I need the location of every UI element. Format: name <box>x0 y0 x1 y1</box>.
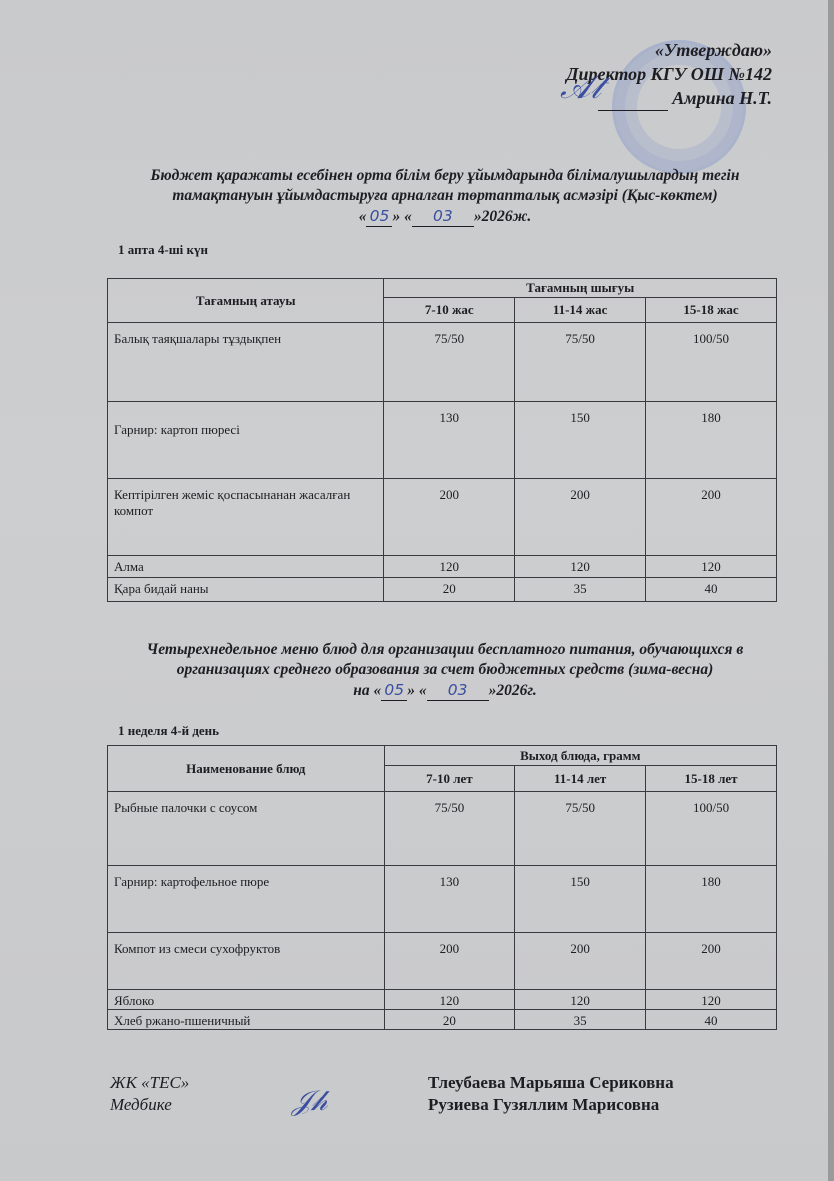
ru-name-header: Наименование блюд <box>108 746 385 792</box>
ru-date-close: »2026г. <box>489 682 537 699</box>
kz-age-header: 15-18 жас <box>646 298 777 323</box>
portion-value: 20 <box>384 578 515 602</box>
portion-value: 75/50 <box>515 323 646 402</box>
kz-age-header: 11-14 жас <box>515 298 646 323</box>
kz-date-month: 03 <box>412 206 474 227</box>
ru-title-line1: Четырехнедельное меню блюд для организац… <box>100 640 790 660</box>
portion-value: 200 <box>515 479 646 556</box>
portion-value: 130 <box>384 402 515 479</box>
portion-value: 180 <box>646 866 777 933</box>
director-signature-icon: 𝒜𝓉 <box>560 68 601 107</box>
ru-age-header: 7-10 лет <box>384 766 515 792</box>
kz-date-mid: » « <box>392 208 411 225</box>
table-row: Кептірілген жеміс қоспасынанан жасалған … <box>108 479 777 556</box>
dish-name: Қара бидай наны <box>108 578 384 602</box>
dish-name: Рыбные палочки с соусом <box>108 792 385 866</box>
portion-value: 35 <box>515 578 646 602</box>
kz-date-close: »2026ж. <box>474 208 531 225</box>
table-row: Гарнир: картоп пюресі130150180 <box>108 402 777 479</box>
role-label: ЖК «ТЕС» <box>110 1072 310 1094</box>
ru-age-header: 11-14 лет <box>515 766 646 792</box>
portion-value: 120 <box>515 556 646 578</box>
dish-name: Яблоко <box>108 990 385 1010</box>
kz-yield-header: Тағамның шығуы <box>384 279 777 298</box>
ru-subtitle: 1 неделя 4-й день <box>118 723 219 739</box>
portion-value: 120 <box>384 990 515 1010</box>
portion-value: 150 <box>515 866 646 933</box>
portion-value: 20 <box>384 1010 515 1030</box>
kz-date-open: « <box>359 208 367 225</box>
table-row: Гарнир: картофельное пюре130150180 <box>108 866 777 933</box>
portion-value: 200 <box>646 479 777 556</box>
ru-date-day: 05 <box>381 680 407 701</box>
dish-name: Хлеб ржано-пшеничный <box>108 1010 385 1030</box>
portion-value: 75/50 <box>384 792 515 866</box>
portion-value: 40 <box>646 578 777 602</box>
dish-name: Кептірілген жеміс қоспасынанан жасалған … <box>108 479 384 556</box>
dish-name: Гарнир: картоп пюресі <box>108 402 384 479</box>
dish-name: Гарнир: картофельное пюре <box>108 866 385 933</box>
table-row: Алма120120120 <box>108 556 777 578</box>
portion-value: 200 <box>384 479 515 556</box>
signature-blank <box>598 86 668 111</box>
ru-age-header: 15-18 лет <box>646 766 777 792</box>
portion-value: 120 <box>515 990 646 1010</box>
dish-name: Компот из смеси сухофруктов <box>108 933 385 990</box>
table-row: Балық таяқшалары тұздықпен75/5075/50100/… <box>108 323 777 402</box>
role-label: Медбике <box>110 1094 310 1116</box>
portion-value: 75/50 <box>384 323 515 402</box>
portion-value: 130 <box>384 866 515 933</box>
kz-date-day: 05 <box>366 206 392 227</box>
kz-menu-table: Тағамның атауы Тағамның шығуы 7-10 жас 1… <box>107 278 777 602</box>
signer-name: Тлеубаева Марьяша Сериковна <box>428 1072 828 1094</box>
table-row: Қара бидай наны203540 <box>108 578 777 602</box>
ru-date-month: 03 <box>427 680 489 701</box>
ru-date-mid: » « <box>407 682 426 699</box>
table-row: Хлеб ржано-пшеничный203540 <box>108 1010 777 1030</box>
portion-value: 200 <box>515 933 646 990</box>
approve-label: «Утверждаю» <box>566 38 772 62</box>
portion-value: 120 <box>646 556 777 578</box>
kz-title: Бюджет қаражаты есебінен орта білім беру… <box>100 166 790 227</box>
portion-value: 120 <box>646 990 777 1010</box>
kz-date: «05» «03»2026ж. <box>100 206 790 227</box>
ru-title-line2: организациях среднего образования за сче… <box>100 660 790 680</box>
medic-signature-icon: 𝒥𝒽 <box>292 1084 327 1118</box>
signer-name: Рузиева Гузяллим Марисовна <box>428 1094 828 1116</box>
ru-title: Четырехнедельное меню блюд для организац… <box>100 640 790 701</box>
portion-value: 120 <box>384 556 515 578</box>
kz-age-header: 7-10 жас <box>384 298 515 323</box>
table-row: Рыбные палочки с соусом75/5075/50100/50 <box>108 792 777 866</box>
ru-menu-table: Наименование блюд Выход блюда, грамм 7-1… <box>107 745 777 1030</box>
portion-value: 200 <box>646 933 777 990</box>
portion-value: 75/50 <box>515 792 646 866</box>
portion-value: 40 <box>646 1010 777 1030</box>
portion-value: 100/50 <box>646 323 777 402</box>
ru-date-open: на « <box>353 682 381 699</box>
portion-value: 150 <box>515 402 646 479</box>
kz-name-header: Тағамның атауы <box>108 279 384 323</box>
ru-date: на «05» «03»2026г. <box>100 680 790 701</box>
director-name: Амрина Н.Т. <box>672 88 772 108</box>
page-edge <box>828 0 834 1181</box>
table-row: Компот из смеси сухофруктов200200200 <box>108 933 777 990</box>
dish-name: Балық таяқшалары тұздықпен <box>108 323 384 402</box>
portion-value: 100/50 <box>646 792 777 866</box>
dish-name: Алма <box>108 556 384 578</box>
ru-yield-header: Выход блюда, грамм <box>384 746 776 766</box>
kz-title-line1: Бюджет қаражаты есебінен орта білім беру… <box>100 166 790 186</box>
portion-value: 180 <box>646 402 777 479</box>
kz-title-line2: тамақтануын ұйымдастыруға арналған төрта… <box>100 186 790 206</box>
table-row: Яблоко120120120 <box>108 990 777 1010</box>
kz-subtitle: 1 апта 4-ші күн <box>118 242 208 258</box>
portion-value: 200 <box>384 933 515 990</box>
portion-value: 35 <box>515 1010 646 1030</box>
